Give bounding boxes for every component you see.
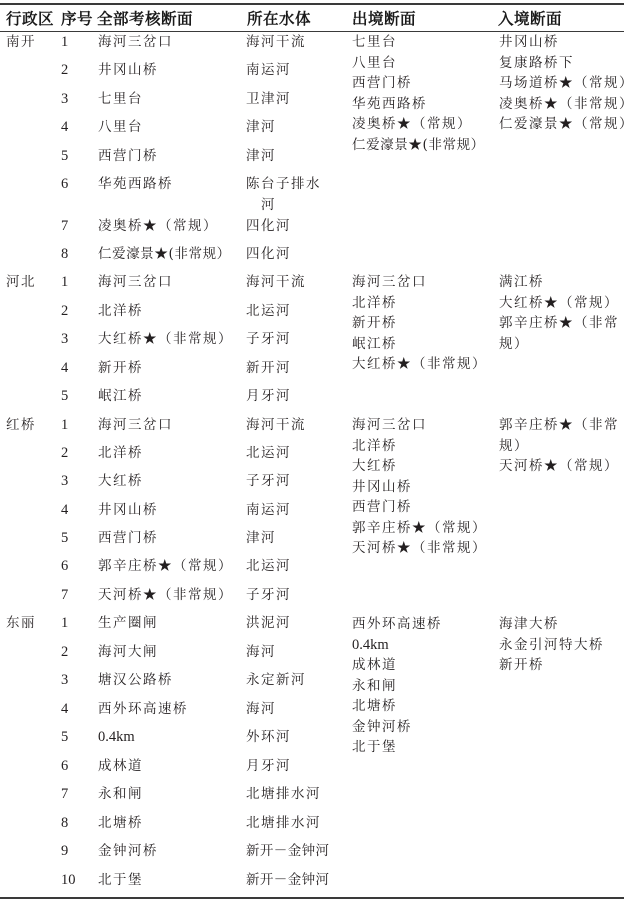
outflow-item: 北洋桥	[352, 436, 487, 457]
outflow-item: 大红桥★（非常规）	[352, 354, 487, 375]
water-body: 海河干流	[246, 415, 306, 435]
section-name: 凌奥桥★（常规）	[98, 216, 218, 236]
water-body: 卫津河	[246, 89, 291, 109]
district-label: 河北	[6, 272, 36, 292]
section-name: 金钟河桥	[98, 841, 158, 861]
section-name: 海河三岔口	[98, 415, 173, 435]
water-body: 南运河	[246, 60, 291, 80]
inflow-item: 凌奥桥★（非常规）	[499, 94, 632, 115]
water-body: 新开－金钟河	[246, 870, 329, 890]
outflow-list: 七里台 八里台 西营门桥 华苑西路桥 凌奥桥★（常规） 仁爱濠景★(非常规）	[352, 32, 485, 155]
water-body: 外环河	[246, 727, 291, 747]
row-number: 9	[61, 841, 68, 861]
inflow-item-line2: 规）	[499, 436, 619, 457]
outflow-item: 新开桥	[352, 313, 487, 334]
row-number: 3	[61, 471, 68, 491]
water-body: 海河干流	[246, 32, 306, 52]
inflow-list: 满江桥 大红桥★（常规） 郭辛庄桥★（非常 规）	[499, 272, 619, 354]
water-body: 津河	[246, 528, 276, 548]
water-body: 北塘排水河	[246, 784, 321, 804]
outflow-item: 华苑西路桥	[352, 94, 485, 115]
inflow-list: 海津大桥 永金引河特大桥 新开桥	[499, 614, 604, 676]
section-name: 新开桥	[98, 358, 143, 378]
water-body: 海河	[246, 642, 276, 662]
section-name: 井冈山桥	[98, 60, 158, 80]
inflow-item: 海津大桥	[499, 614, 604, 635]
outflow-item: 海河三岔口	[352, 415, 487, 436]
row-number: 2	[61, 60, 68, 80]
section-name: 七里台	[98, 89, 143, 109]
water-body: 子牙河	[246, 471, 291, 491]
outflow-list: 西外环高速桥 0.4km 成林道 永和闸 北塘桥 金钟河桥 北于堡	[352, 614, 442, 758]
outflow-item: 永和闸	[352, 676, 442, 697]
water-body: 四化河	[246, 244, 291, 264]
section-name: 生产圈闸	[98, 613, 158, 633]
header-outflow-sections: 出境断面	[352, 7, 416, 29]
water-body: 四化河	[246, 216, 291, 236]
outflow-item: 仁爱濠景★(非常规）	[352, 135, 485, 156]
section-name: 大红桥★（非常规）	[98, 329, 233, 349]
district-label: 南开	[6, 32, 36, 52]
inflow-item: 新开桥	[499, 655, 604, 676]
row-number: 4	[61, 699, 68, 719]
inflow-item-line1: 郭辛庄桥★（非常	[499, 313, 619, 334]
water-body: 新开河	[246, 358, 291, 378]
row-number: 4	[61, 358, 68, 378]
inflow-list: 郭辛庄桥★（非常 规） 天河桥★（常规）	[499, 415, 619, 477]
outflow-item: 成林道	[352, 655, 442, 676]
section-name: 塘汉公路桥	[98, 670, 173, 690]
water-body: 子牙河	[246, 585, 291, 605]
row-number: 5	[61, 146, 68, 166]
row-number: 3	[61, 670, 68, 690]
outflow-item: 七里台	[352, 32, 485, 53]
water-body: 新开－金钟河	[246, 841, 329, 861]
section-name: 北于堡	[98, 870, 143, 890]
outflow-list: 海河三岔口 北洋桥 大红桥 井冈山桥 西营门桥 郭辛庄桥★（常规） 天河桥★（非…	[352, 415, 487, 559]
row-number: 6	[61, 556, 68, 576]
row-number: 8	[61, 244, 68, 264]
outflow-item: 金钟河桥	[352, 717, 442, 738]
row-number: 4	[61, 117, 68, 137]
inflow-list: 井冈山桥 复康路桥下 马场道桥★（常规） 凌奥桥★（非常规） 仁爱濠景★（常规）	[499, 32, 632, 135]
outflow-item: 北洋桥	[352, 293, 487, 314]
inflow-item: 仁爱濠景★（常规）	[499, 114, 632, 135]
section-name: 仁爱濠景★(非常规）	[98, 244, 231, 264]
water-body: 北运河	[246, 301, 291, 321]
header-water-body: 所在水体	[247, 7, 311, 29]
section-name: 八里台	[98, 117, 143, 137]
section-name: 永和闸	[98, 784, 143, 804]
header-number: 序号	[61, 7, 93, 29]
row-number: 2	[61, 642, 68, 662]
inflow-item: 马场道桥★（常规）	[499, 73, 632, 94]
row-number: 6	[61, 756, 68, 776]
water-body: 北塘排水河	[246, 813, 321, 833]
outflow-item: 西营门桥	[352, 497, 487, 518]
outflow-item: 岷江桥	[352, 334, 487, 355]
district-label: 东丽	[6, 613, 36, 633]
outflow-item: 大红桥	[352, 456, 487, 477]
section-name: 大红桥	[98, 471, 143, 491]
outflow-item: 天河桥★（非常规）	[352, 538, 487, 559]
inflow-item: 井冈山桥	[499, 32, 632, 53]
inflow-item: 满江桥	[499, 272, 619, 293]
section-name: 岷江桥	[98, 386, 143, 406]
row-number: 3	[61, 329, 68, 349]
inflow-item: 大红桥★（常规）	[499, 293, 619, 314]
water-body: 洪泥河	[246, 613, 291, 633]
section-name: 华苑西路桥	[98, 174, 173, 194]
outflow-item: 0.4km	[352, 635, 442, 656]
inflow-item-line2: 规）	[499, 334, 619, 355]
row-number: 6	[61, 174, 68, 194]
outflow-item: 郭辛庄桥★（常规）	[352, 518, 487, 539]
inflow-item: 天河桥★（常规）	[499, 456, 619, 477]
inflow-item: 永金引河特大桥	[499, 635, 604, 656]
outflow-item: 西营门桥	[352, 73, 485, 94]
row-number: 10	[61, 870, 76, 890]
outflow-item: 北塘桥	[352, 696, 442, 717]
row-number: 8	[61, 813, 68, 833]
row-number: 5	[61, 386, 68, 406]
section-name: 海河大闸	[98, 642, 158, 662]
section-name: 0.4km	[98, 727, 135, 747]
district-label: 红桥	[6, 415, 36, 435]
section-name: 西外环高速桥	[98, 699, 188, 719]
water-body-line2: 河	[261, 195, 276, 215]
inflow-item-line1: 郭辛庄桥★（非常	[499, 415, 619, 436]
outflow-item: 北于堡	[352, 737, 442, 758]
water-body: 北运河	[246, 556, 291, 576]
water-body: 月牙河	[246, 386, 291, 406]
row-number: 1	[61, 32, 68, 52]
row-number: 2	[61, 301, 68, 321]
section-name: 天河桥★（非常规）	[98, 585, 233, 605]
water-body: 子牙河	[246, 329, 291, 349]
section-name: 成林道	[98, 756, 143, 776]
water-body: 海河干流	[246, 272, 306, 292]
row-number: 7	[61, 216, 68, 236]
section-name: 西营门桥	[98, 528, 158, 548]
row-number: 1	[61, 272, 68, 292]
inflow-item: 复康路桥下	[499, 53, 632, 74]
water-body: 津河	[246, 146, 276, 166]
header-district: 行政区	[6, 7, 54, 29]
section-name: 北洋桥	[98, 443, 143, 463]
water-body: 月牙河	[246, 756, 291, 776]
outflow-item: 海河三岔口	[352, 272, 487, 293]
outflow-item: 凌奥桥★（常规）	[352, 114, 485, 135]
row-number: 1	[61, 613, 68, 633]
row-number: 4	[61, 500, 68, 520]
water-body: 永定新河	[246, 670, 306, 690]
header-inflow-sections: 入境断面	[498, 7, 562, 29]
bottom-rule	[0, 897, 624, 899]
section-name: 海河三岔口	[98, 272, 173, 292]
section-name: 井冈山桥	[98, 500, 158, 520]
outflow-item: 西外环高速桥	[352, 614, 442, 635]
row-number: 1	[61, 415, 68, 435]
row-number: 5	[61, 727, 68, 747]
row-number: 7	[61, 784, 68, 804]
section-name: 西营门桥	[98, 146, 158, 166]
row-number: 2	[61, 443, 68, 463]
section-name: 海河三岔口	[98, 32, 173, 52]
top-rule	[0, 3, 624, 5]
section-name: 郭辛庄桥★（常规）	[98, 556, 233, 576]
water-body: 北运河	[246, 443, 291, 463]
row-number: 7	[61, 585, 68, 605]
water-body: 海河	[246, 699, 276, 719]
water-body: 津河	[246, 117, 276, 137]
row-number: 3	[61, 89, 68, 109]
header-all-sections: 全部考核断面	[97, 7, 193, 29]
row-number: 5	[61, 528, 68, 548]
water-body-line1: 陈台子排水	[246, 174, 321, 194]
section-name: 北洋桥	[98, 301, 143, 321]
outflow-item: 井冈山桥	[352, 477, 487, 498]
section-name: 北塘桥	[98, 813, 143, 833]
outflow-list: 海河三岔口 北洋桥 新开桥 岷江桥 大红桥★（非常规）	[352, 272, 487, 375]
water-body: 南运河	[246, 500, 291, 520]
outflow-item: 八里台	[352, 53, 485, 74]
